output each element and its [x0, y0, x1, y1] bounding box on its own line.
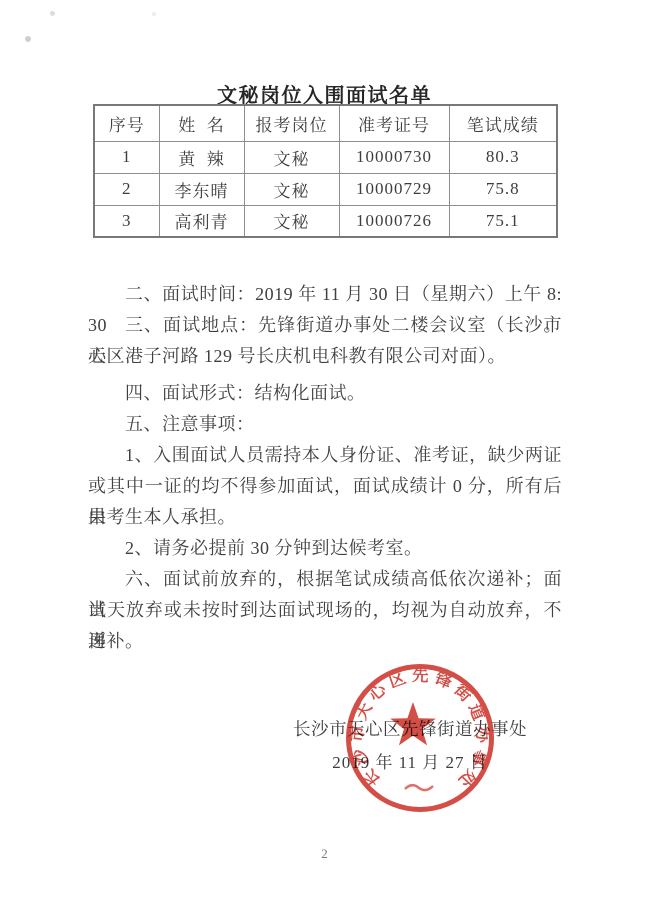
table-cell: 1	[94, 141, 159, 173]
table-cell: 3	[94, 205, 159, 237]
page-number: 2	[0, 846, 649, 862]
column-header: 笔试成绩	[449, 105, 557, 141]
body-line: 二、面试时间：2019 年 11 月 30 日（星期六）上午 8: 30。	[88, 279, 562, 310]
body-line: 1、入围面试人员需持本人身份证、准考证，缺少两证	[88, 440, 562, 471]
body-text: 二、面试时间：2019 年 11 月 30 日（星期六）上午 8: 30。三、面…	[88, 279, 562, 657]
document-page: 文秘岗位入围面试名单 序号姓 名报考岗位准考证号笔试成绩 1黄 辣文秘10000…	[0, 0, 649, 919]
seal-squiggle	[405, 785, 433, 790]
interview-roster-table: 序号姓 名报考岗位准考证号笔试成绩 1黄 辣文秘1000073080.32李东晴…	[93, 104, 558, 238]
column-header: 准考证号	[339, 105, 449, 141]
body-line: 当天放弃或未按时到达面试现场的，均视为自动放弃，不再	[88, 595, 562, 626]
table-cell: 高利青	[159, 205, 244, 237]
table-row: 1黄 辣文秘1000073080.3	[94, 141, 557, 173]
table-cell: 10000726	[339, 205, 449, 237]
body-line: 或其中一证的均不得参加面试，面试成绩计 0 分，所有后果	[88, 471, 562, 502]
table-cell: 文秘	[244, 205, 339, 237]
scan-speck	[25, 36, 31, 42]
body-line: 心区港子河路 129 号长庆机电科教有限公司对面）。	[88, 341, 562, 372]
table-cell: 75.1	[449, 205, 557, 237]
body-line: 四、面试形式：结构化面试。	[88, 378, 562, 409]
table-cell: 75.8	[449, 173, 557, 205]
body-line: 2、请务必提前 30 分钟到达候考室。	[88, 533, 562, 564]
body-line: 由考生本人承担。	[88, 502, 562, 533]
table-row: 3高利青文秘1000072675.1	[94, 205, 557, 237]
column-header: 报考岗位	[244, 105, 339, 141]
table-cell: 黄 辣	[159, 141, 244, 173]
body-line: 六、面试前放弃的，根据笔试成绩高低依次递补；面试	[88, 564, 562, 595]
table-cell: 2	[94, 173, 159, 205]
column-header: 姓 名	[159, 105, 244, 141]
table-cell: 李东晴	[159, 173, 244, 205]
table-header-row: 序号姓 名报考岗位准考证号笔试成绩	[94, 105, 557, 141]
scan-speck	[50, 11, 55, 16]
scan-speck	[152, 12, 156, 16]
column-header: 序号	[94, 105, 159, 141]
table-cell: 10000730	[339, 141, 449, 173]
official-seal-stamp: 长沙市天心区先锋街道办事处	[341, 659, 499, 817]
body-line: 五、注意事项：	[88, 409, 562, 440]
seal-star-icon	[390, 702, 436, 745]
table-body: 1黄 辣文秘1000073080.32李东晴文秘1000072975.83高利青…	[94, 141, 557, 237]
table-cell: 10000729	[339, 173, 449, 205]
body-line: 递补。	[88, 626, 562, 657]
table-cell: 文秘	[244, 173, 339, 205]
table-cell: 80.3	[449, 141, 557, 173]
table-row: 2李东晴文秘1000072975.8	[94, 173, 557, 205]
table-cell: 文秘	[244, 141, 339, 173]
body-line: 三、面试地点：先锋街道办事处二楼会议室（长沙市天	[88, 310, 562, 341]
